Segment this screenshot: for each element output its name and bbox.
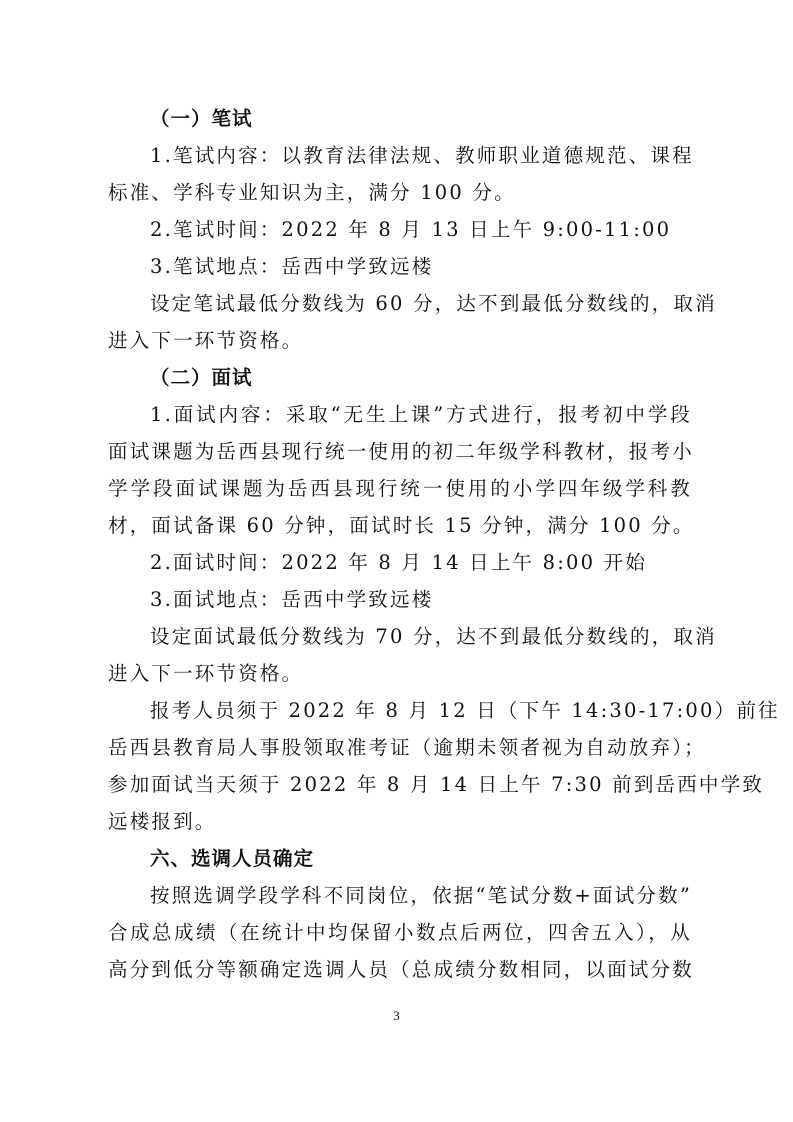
- section-heading-selection: 六、选调人员确定: [150, 840, 314, 877]
- paragraph-line: 合成总成绩（在统计中均保留小数点后两位，四舍五入），从: [108, 914, 692, 951]
- paragraph-line: 设定面试最低分数线为 70 分，达不到最低分数线的，取消: [150, 618, 692, 655]
- paragraph-line: 高分到低分等额确定选调人员（总成绩分数相同，以面试分数: [108, 951, 692, 988]
- paragraph-line: 2.笔试时间：2022 年 8 月 13 日上午 9:00-11:00: [150, 211, 671, 248]
- paragraph-line: 3.面试地点：岳西中学致远楼: [150, 581, 433, 618]
- paragraph-line: 进入下一环节资格。: [108, 655, 303, 692]
- paragraph-line: 1.面试内容：采取“无生上课”方式进行，报考初中学段: [150, 396, 692, 433]
- paragraph-line: 3.笔试地点：岳西中学致远楼: [150, 248, 433, 285]
- paragraph-line: 2.面试时间：2022 年 8 月 14 日上午 8:00 开始: [150, 544, 647, 581]
- section-heading-written-exam: （一）笔试: [150, 100, 253, 137]
- page-number: 3: [0, 1008, 793, 1024]
- paragraph-line: 按照选调学段学科不同岗位，依据“笔试分数+面试分数”: [150, 877, 692, 914]
- paragraph-line: 岳西县教育局人事股领取准考证（逾期未领者视为自动放弃）；: [108, 729, 692, 766]
- paragraph-line: 报考人员须于 2022 年 8 月 12 日（下午 14:30-17:00）前往: [150, 692, 692, 729]
- paragraph-line: 设定笔试最低分数线为 60 分，达不到最低分数线的，取消: [150, 285, 692, 322]
- paragraph-line: 参加面试当天须于 2022 年 8 月 14 日上午 7:30 前到岳西中学致: [108, 766, 692, 803]
- paragraph-line: 远楼报到。: [108, 803, 217, 840]
- paragraph-line: 面试课题为岳西县现行统一使用的初二年级学科教材，报考小: [108, 433, 692, 470]
- section-heading-interview: （二）面试: [150, 359, 253, 396]
- paragraph-line: 1.笔试内容：以教育法律法规、教师职业道德规范、课程: [150, 137, 692, 174]
- paragraph-line: 进入下一环节资格。: [108, 322, 303, 359]
- paragraph-line: 材，面试备课 60 分钟，面试时长 15 分钟，满分 100 分。: [108, 507, 695, 544]
- paragraph-line: 学学段面试课题为岳西县现行统一使用的小学四年级学科教: [108, 470, 692, 507]
- paragraph-line: 标准、学科专业知识为主，满分 100 分。: [108, 174, 516, 211]
